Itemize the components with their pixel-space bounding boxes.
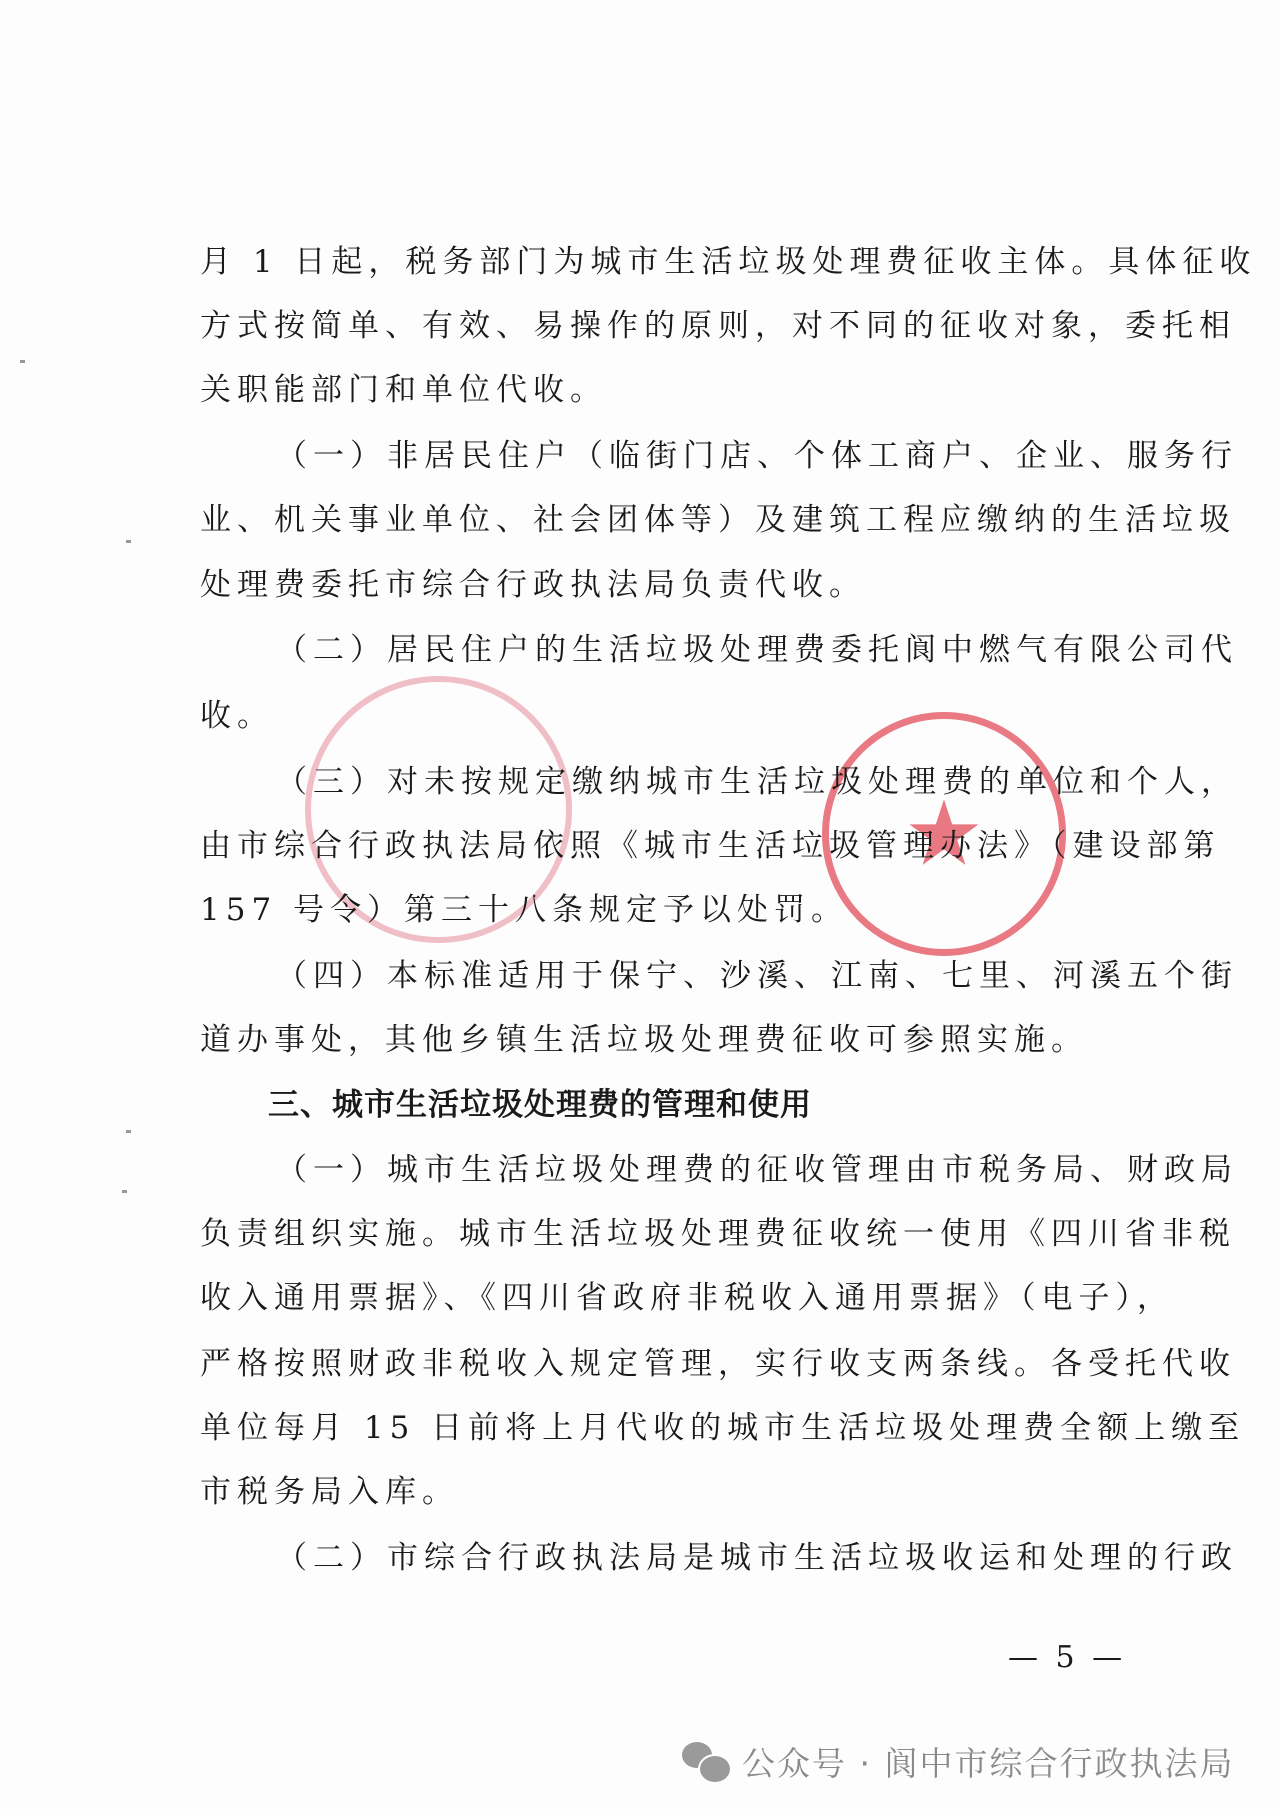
body-line: 道办事处，其他乡镇生活垃圾处理费征收可参照实施。	[200, 1020, 1150, 1060]
body-line: 157 号令）第三十八条规定予以处罚。	[200, 890, 1150, 930]
body-line: （一）城市生活垃圾处理费的征收管理由市税务局、财政局	[276, 1150, 1226, 1190]
body-line: （二）市综合行政执法局是城市生活垃圾收运和处理的行政	[276, 1538, 1226, 1578]
watermark-label: 公众号 · 阆中市综合行政执法局	[742, 1738, 1234, 1785]
body-line: （二）居民住户的生活垃圾处理费委托阆中燃气有限公司代	[276, 630, 1226, 670]
body-line: 方式按简单、有效、易操作的原则，对不同的征收对象，委托相	[200, 306, 1150, 346]
body-line: （一）非居民住户（临街门店、个体工商户、企业、服务行	[276, 436, 1226, 476]
body-line: 处理费委托市综合行政执法局负责代收。	[200, 565, 1150, 605]
scan-speck	[126, 1130, 131, 1133]
body-line: 单位每月 15 日前将上月代收的城市生活垃圾处理费全额上缴至	[200, 1408, 1150, 1448]
scan-speck	[20, 360, 25, 363]
body-line: 市税务局入库。	[200, 1472, 1150, 1512]
page-number: — 5 —	[1008, 1640, 1126, 1675]
body-line: 业、机关事业单位、社会团体等）及建筑工程应缴纳的生活垃圾	[200, 500, 1150, 540]
scan-speck	[122, 1190, 127, 1193]
body-line: 负责组织实施。城市生活垃圾处理费征收统一使用《四川省非税	[200, 1214, 1150, 1254]
wechat-icon	[682, 1742, 730, 1782]
body-line: 月 1 日起，税务部门为城市生活垃圾处理费征收主体。具体征收	[200, 242, 1150, 282]
body-line: 关职能部门和单位代收。	[200, 370, 1150, 410]
section-heading: 三、城市生活垃圾处理费的管理和使用	[268, 1085, 1218, 1125]
body-line: （三）对未按规定缴纳城市生活垃圾处理费的单位和个人，	[276, 762, 1226, 802]
body-line: 收入通用票据》、《四川省政府非税收入通用票据》（电子），	[200, 1278, 1150, 1318]
wechat-watermark: 公众号 · 阆中市综合行政执法局	[682, 1738, 1234, 1785]
document-page: ★ 月 1 日起，税务部门为城市生活垃圾处理费征收主体。具体征收 方式按简单、有…	[0, 0, 1280, 1809]
body-line: 收。	[200, 696, 1150, 736]
scan-speck	[126, 540, 131, 543]
body-line: 严格按照财政非税收入规定管理，实行收支两条线。各受托代收	[200, 1344, 1150, 1384]
body-line: 由市综合行政执法局依照《城市生活垃圾管理办法》（建设部第	[200, 826, 1150, 866]
body-line: （四）本标准适用于保宁、沙溪、江南、七里、河溪五个街	[276, 956, 1226, 996]
